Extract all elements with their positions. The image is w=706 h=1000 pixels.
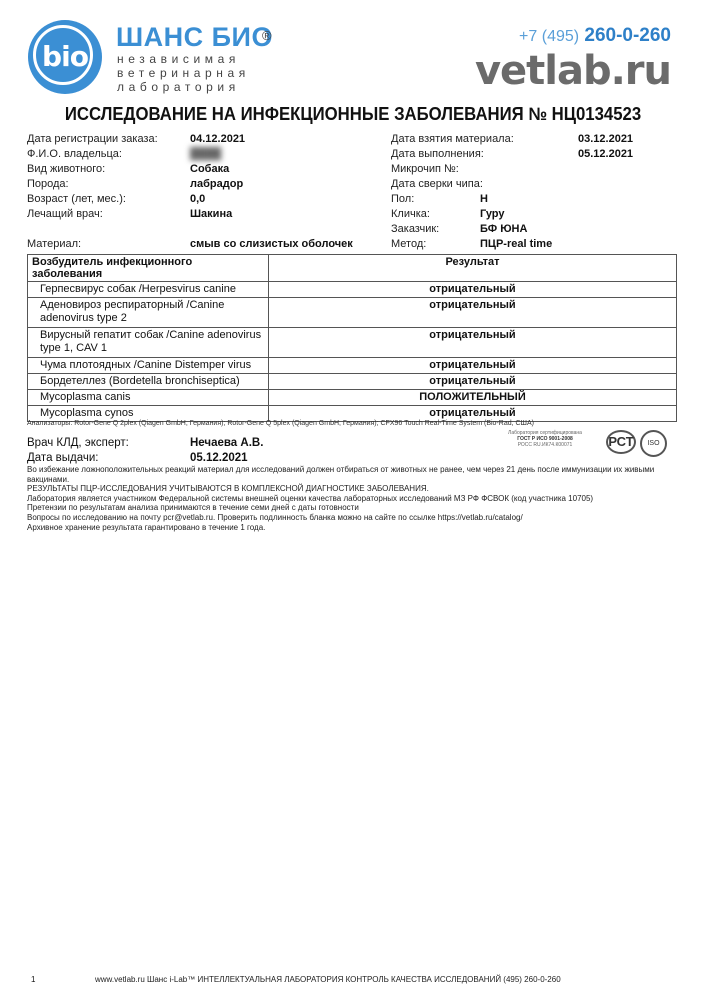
table-row: Mycoplasma canis ПОЛОЖИТЕЛЬНЫЙ	[28, 390, 677, 406]
result-cell-positive: ПОЛОЖИТЕЛЬНЫЙ	[269, 390, 677, 406]
field-label-species: Вид животного:	[27, 163, 105, 175]
field-label-method: Метод:	[391, 238, 426, 250]
brand-subtitle-2: ветеринарная	[117, 66, 250, 80]
field-value-species: Собака	[190, 163, 229, 175]
result-cell: отрицательный	[269, 358, 677, 374]
result-cell: отрицательный	[269, 298, 677, 328]
table-row: Бордетеллез (Bordetella bronchiseptica) …	[28, 374, 677, 390]
table-row: Чума плотоядных /Canine Distemper virus …	[28, 358, 677, 374]
cert-line-3: РОСС RU.ИК74.К00071	[490, 442, 600, 448]
note-fsvok: Лаборатория является участником Федераль…	[27, 494, 677, 504]
field-label-breed: Порода:	[27, 178, 69, 190]
table-row: Вирусный гепатит собак /Canine adenoviru…	[28, 328, 677, 358]
field-value-age: 0,0	[190, 193, 205, 205]
registered-mark: ®	[262, 28, 272, 43]
brand-subtitle-1: независимая	[117, 52, 240, 66]
field-value-sample-date: 03.12.2021	[578, 133, 633, 145]
note-vaccination: Во избежание ложноположительных реакций …	[27, 465, 677, 484]
field-label-microchip: Микрочип №:	[391, 163, 459, 175]
note-pcr-results: РЕЗУЛЬТАТЫ ПЦР-ИССЛЕДОВАНИЯ УЧИТЫВАЮТСЯ …	[27, 484, 677, 494]
issue-date-label: Дата выдачи:	[27, 452, 99, 464]
header-pathogen: Возбудитель инфекционного заболевания	[28, 255, 269, 282]
result-cell: отрицательный	[269, 374, 677, 390]
field-label-reg-date: Дата регистрации заказа:	[27, 133, 158, 145]
field-label-material: Материал:	[27, 238, 81, 250]
site-name: vetlab.ru	[475, 48, 671, 94]
result-cell: отрицательный	[269, 282, 677, 298]
field-label-sex: Пол:	[391, 193, 414, 205]
issue-date-value: 05.12.2021	[190, 452, 248, 464]
field-value-sex: Н	[480, 193, 488, 205]
page-number: 1	[31, 975, 35, 984]
pathogen-cell: Бордетеллез (Bordetella bronchiseptica)	[28, 374, 269, 390]
field-label-done-date: Дата выполнения:	[391, 148, 484, 160]
brand-subtitle-3: лаборатория	[117, 80, 240, 94]
field-label-chip-date: Дата сверки чипа:	[391, 178, 483, 190]
field-value-pet-name: Гуру	[480, 208, 504, 220]
field-value-customer: БФ ЮНА	[480, 223, 527, 235]
pathogen-cell: Чума плотоядных /Canine Distemper virus	[28, 358, 269, 374]
field-value-material: смыв со слизистых оболочек	[190, 238, 353, 250]
analyzers-note: Анализаторы: Rotor-Gene Q 2plex (Qiagen …	[27, 420, 534, 427]
field-label-pet-name: Кличка:	[391, 208, 430, 220]
results-table: Возбудитель инфекционного заболевания Ре…	[27, 254, 677, 422]
iso-certification-icon: ISO	[640, 430, 667, 457]
certification-text: Лаборатория сертифицирована ГОСТ Р ИСО 9…	[490, 430, 600, 448]
field-value-owner-redacted: ████	[190, 148, 221, 160]
notes: Во избежание ложноположительных реакций …	[27, 465, 677, 532]
document-title: ИССЛЕДОВАНИЕ НА ИНФЕКЦИОННЫЕ ЗАБОЛЕВАНИЯ…	[25, 104, 682, 125]
note-archive: Архивное хранение результата гарантирова…	[27, 523, 677, 533]
phone-number: 260-0-260	[584, 25, 671, 46]
phone: +7 (495) 260-0-260	[519, 25, 671, 47]
field-label-customer: Заказчик:	[391, 223, 439, 235]
brand-name: ШАНС БИО	[116, 22, 273, 53]
pathogen-cell: Mycoplasma canis	[28, 390, 269, 406]
table-row: Аденовироз респираторный /Canine adenovi…	[28, 298, 677, 328]
result-cell: отрицательный	[269, 328, 677, 358]
header-result: Результат	[269, 255, 677, 282]
phone-prefix: +7 (495)	[519, 28, 579, 45]
field-label-doctor: Лечащий врач:	[27, 208, 103, 220]
field-value-method: ПЦР-real time	[480, 238, 552, 250]
field-value-doctor: Шакина	[190, 208, 232, 220]
note-claims: Претензии по результатам анализа принима…	[27, 503, 677, 513]
field-value-breed: лабрадор	[190, 178, 243, 190]
pathogen-cell: Вирусный гепатит собак /Canine adenoviru…	[28, 328, 269, 358]
pathogen-cell: Аденовироз респираторный /Canine adenovi…	[28, 298, 269, 328]
note-contact: Вопросы по исследованию на почту pcr@vet…	[27, 513, 677, 523]
field-value-done-date: 05.12.2021	[578, 148, 633, 160]
expert-name: Нечаева А.В.	[190, 437, 263, 449]
expert-label: Врач КЛД, эксперт:	[27, 437, 129, 449]
field-label-owner: Ф.И.О. владельца:	[27, 148, 122, 160]
logo-text: bio	[28, 40, 102, 73]
field-label-age: Возраст (лет, мес.):	[27, 193, 126, 205]
rst-certification-icon: РСТ	[606, 430, 636, 454]
table-header-row: Возбудитель инфекционного заболевания Ре…	[28, 255, 677, 282]
table-row: Герпесвирус собак /Herpesvirus canine от…	[28, 282, 677, 298]
field-value-reg-date: 04.12.2021	[190, 133, 245, 145]
field-label-sample-date: Дата взятия материала:	[391, 133, 514, 145]
pathogen-cell: Герпесвирус собак /Herpesvirus canine	[28, 282, 269, 298]
footer-text: www.vetlab.ru Шанс i-Lab™ ИНТЕЛЛЕКТУАЛЬН…	[95, 975, 561, 984]
